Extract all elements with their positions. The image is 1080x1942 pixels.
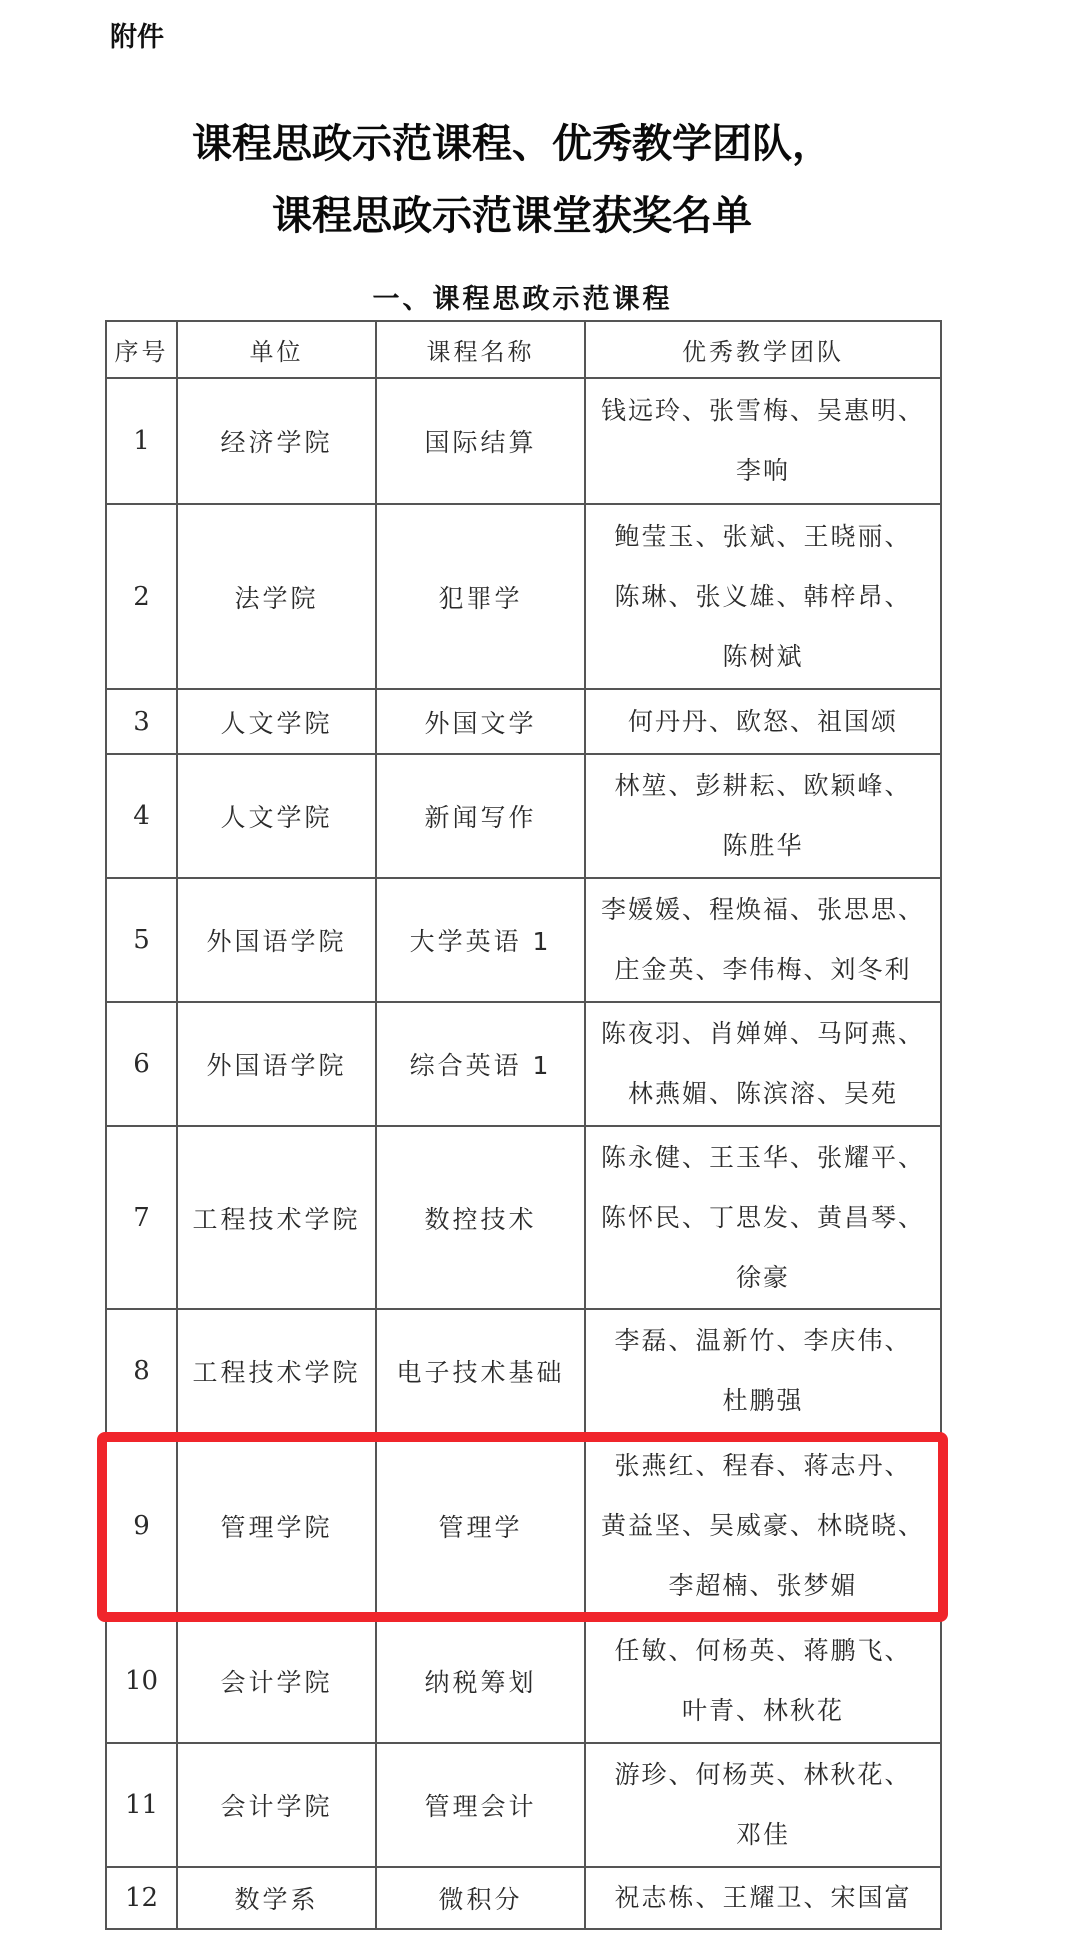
row-unit: 数学系: [177, 1867, 376, 1929]
table-row: 11会计学院管理会计游珍、何杨英、林秋花、邓佳: [106, 1743, 941, 1867]
row-number: 6: [106, 1002, 177, 1126]
team-member-line: 游珍、何杨英、林秋花、: [586, 1745, 940, 1805]
team-member-line: 李响: [586, 441, 940, 501]
team-member-line: 陈夜羽、肖婵婵、马阿燕、: [586, 1004, 940, 1064]
row-teaching-team: 林堃、彭耕耘、欧颖峰、陈胜华: [585, 754, 941, 878]
attachment-label: 附件: [110, 20, 164, 56]
table-row: 2法学院犯罪学鲍莹玉、张斌、王晓丽、陈琳、张义雄、韩梓昂、陈树斌: [106, 504, 941, 689]
table-row: 12数学系微积分祝志栋、王耀卫、宋国富: [106, 1867, 941, 1929]
table-row: 10会计学院纳税筹划任敏、何杨英、蒋鹏飞、叶青、林秋花: [106, 1619, 941, 1743]
row-teaching-team: 祝志栋、王耀卫、宋国富: [585, 1867, 941, 1929]
row-unit: 人文学院: [177, 689, 376, 754]
row-unit: 外国语学院: [177, 878, 376, 1002]
header-course: 课程名称: [376, 321, 585, 378]
document-title-line-2: 课程思政示范课堂获奖名单: [0, 180, 1024, 252]
row-unit: 工程技术学院: [177, 1309, 376, 1433]
row-unit: 会计学院: [177, 1743, 376, 1867]
row-unit: 外国语学院: [177, 1002, 376, 1126]
row-teaching-team: 陈夜羽、肖婵婵、马阿燕、林燕媚、陈滨溶、吴苑: [585, 1002, 941, 1126]
row-number: 11: [106, 1743, 177, 1867]
table-row: 4人文学院新闻写作林堃、彭耕耘、欧颖峰、陈胜华: [106, 754, 941, 878]
row-unit: 经济学院: [177, 378, 376, 504]
team-member-line: 陈琳、张义雄、韩梓昂、: [586, 567, 940, 627]
team-member-line: 林堃、彭耕耘、欧颖峰、: [586, 756, 940, 816]
table-row: 5外国语学院大学英语 1李媛媛、程焕福、张思思、庄金英、李伟梅、刘冬利: [106, 878, 941, 1002]
table-row: 9管理学院管理学张燕红、程春、蒋志丹、黄益坚、吴威豪、林晓晓、李超楠、张梦媚: [106, 1433, 941, 1619]
row-course-name: 新闻写作: [376, 754, 585, 878]
row-unit: 管理学院: [177, 1433, 376, 1619]
team-member-line: 陈永健、王玉华、张耀平、: [586, 1128, 940, 1188]
row-teaching-team: 李媛媛、程焕福、张思思、庄金英、李伟梅、刘冬利: [585, 878, 941, 1002]
row-course-name: 综合英语 1: [376, 1002, 585, 1126]
row-teaching-team: 李磊、温新竹、李庆伟、杜鹏强: [585, 1309, 941, 1433]
team-member-line: 杜鹏强: [586, 1371, 940, 1431]
awards-table: 序号 单位 课程名称 优秀教学团队 1经济学院国际结算钱远玲、张雪梅、吴惠明、李…: [105, 320, 942, 1930]
row-teaching-team: 游珍、何杨英、林秋花、邓佳: [585, 1743, 941, 1867]
row-teaching-team: 张燕红、程春、蒋志丹、黄益坚、吴威豪、林晓晓、李超楠、张梦媚: [585, 1433, 941, 1619]
table-row: 7工程技术学院数控技术陈永健、王玉华、张耀平、陈怀民、丁思发、黄昌琴、徐豪: [106, 1126, 941, 1309]
row-number: 1: [106, 378, 177, 504]
row-number: 5: [106, 878, 177, 1002]
team-member-line: 何丹丹、欧怒、祖国颂: [586, 692, 940, 752]
row-teaching-team: 陈永健、王玉华、张耀平、陈怀民、丁思发、黄昌琴、徐豪: [585, 1126, 941, 1309]
row-unit: 人文学院: [177, 754, 376, 878]
team-member-line: 鲍莹玉、张斌、王晓丽、: [586, 507, 940, 567]
row-unit: 工程技术学院: [177, 1126, 376, 1309]
row-course-name: 电子技术基础: [376, 1309, 585, 1433]
section-title: 一、课程思政示范课程: [105, 280, 940, 320]
team-member-line: 陈树斌: [586, 627, 940, 687]
team-member-line: 徐豪: [586, 1248, 940, 1308]
row-course-name: 数控技术: [376, 1126, 585, 1309]
table-row: 3人文学院外国文学何丹丹、欧怒、祖国颂: [106, 689, 941, 754]
row-unit: 法学院: [177, 504, 376, 689]
document-title-line-1: 课程思政示范课程、优秀教学团队，: [0, 108, 1024, 180]
row-teaching-team: 任敏、何杨英、蒋鹏飞、叶青、林秋花: [585, 1619, 941, 1743]
team-member-line: 林燕媚、陈滨溶、吴苑: [586, 1064, 940, 1124]
team-member-line: 黄益坚、吴威豪、林晓晓、: [586, 1496, 940, 1556]
header-unit: 单位: [177, 321, 376, 378]
row-course-name: 管理会计: [376, 1743, 585, 1867]
table-header-row: 序号 单位 课程名称 优秀教学团队: [106, 321, 941, 378]
row-teaching-team: 鲍莹玉、张斌、王晓丽、陈琳、张义雄、韩梓昂、陈树斌: [585, 504, 941, 689]
team-member-line: 张燕红、程春、蒋志丹、: [586, 1436, 940, 1496]
row-course-name: 纳税筹划: [376, 1619, 585, 1743]
team-member-line: 陈怀民、丁思发、黄昌琴、: [586, 1188, 940, 1248]
row-number: 10: [106, 1619, 177, 1743]
row-number: 12: [106, 1867, 177, 1929]
team-member-line: 任敏、何杨英、蒋鹏飞、: [586, 1621, 940, 1681]
team-member-line: 叶青、林秋花: [586, 1681, 940, 1741]
team-member-line: 陈胜华: [586, 816, 940, 876]
row-course-name: 国际结算: [376, 378, 585, 504]
table-row: 1经济学院国际结算钱远玲、张雪梅、吴惠明、李响: [106, 378, 941, 504]
team-member-line: 钱远玲、张雪梅、吴惠明、: [586, 381, 940, 441]
row-number: 4: [106, 754, 177, 878]
row-teaching-team: 钱远玲、张雪梅、吴惠明、李响: [585, 378, 941, 504]
team-member-line: 李媛媛、程焕福、张思思、: [586, 880, 940, 940]
row-course-name: 大学英语 1: [376, 878, 585, 1002]
table-row: 8工程技术学院电子技术基础李磊、温新竹、李庆伟、杜鹏强: [106, 1309, 941, 1433]
team-member-line: 庄金英、李伟梅、刘冬利: [586, 940, 940, 1000]
row-number: 9: [106, 1433, 177, 1619]
team-member-line: 祝志栋、王耀卫、宋国富: [586, 1868, 940, 1928]
table-body: 1经济学院国际结算钱远玲、张雪梅、吴惠明、李响2法学院犯罪学鲍莹玉、张斌、王晓丽…: [106, 378, 941, 1929]
team-member-line: 邓佳: [586, 1805, 940, 1865]
header-team: 优秀教学团队: [585, 321, 941, 378]
row-course-name: 微积分: [376, 1867, 585, 1929]
row-number: 2: [106, 504, 177, 689]
table-row: 6外国语学院综合英语 1陈夜羽、肖婵婵、马阿燕、林燕媚、陈滨溶、吴苑: [106, 1002, 941, 1126]
team-member-line: 李超楠、张梦媚: [586, 1556, 940, 1616]
document-title: 课程思政示范课程、优秀教学团队， 课程思政示范课堂获奖名单: [0, 108, 1024, 252]
row-course-name: 管理学: [376, 1433, 585, 1619]
row-number: 3: [106, 689, 177, 754]
row-number: 7: [106, 1126, 177, 1309]
row-course-name: 犯罪学: [376, 504, 585, 689]
team-member-line: 李磊、温新竹、李庆伟、: [586, 1311, 940, 1371]
row-teaching-team: 何丹丹、欧怒、祖国颂: [585, 689, 941, 754]
row-unit: 会计学院: [177, 1619, 376, 1743]
row-number: 8: [106, 1309, 177, 1433]
row-course-name: 外国文学: [376, 689, 585, 754]
header-num: 序号: [106, 321, 177, 378]
